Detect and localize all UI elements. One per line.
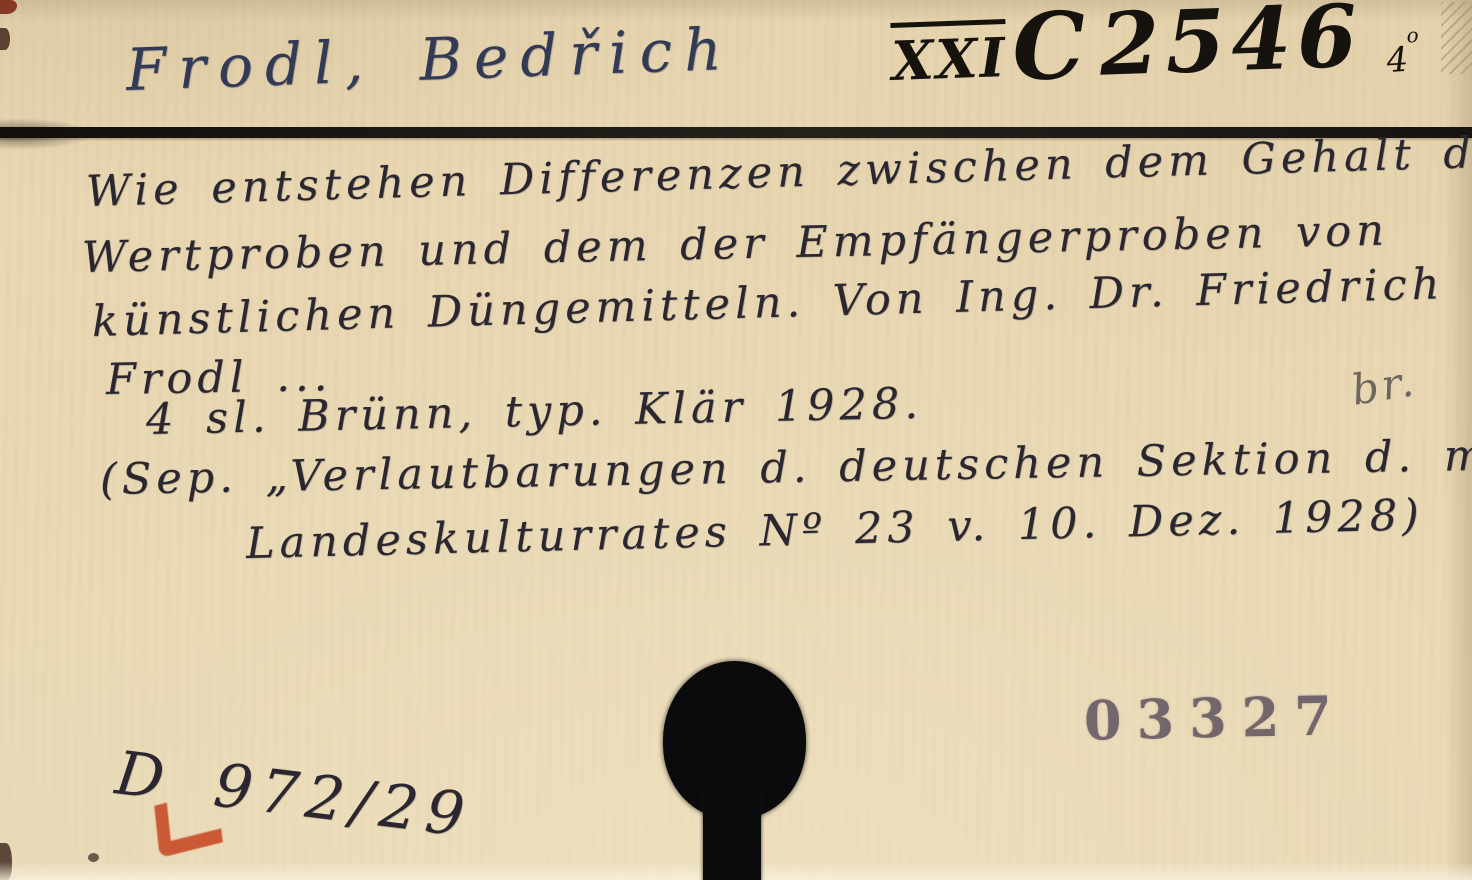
format-digit: 4	[1385, 40, 1409, 81]
call-number: XXI C 2546	[890, 0, 1365, 98]
heading-rule-smudge	[0, 118, 95, 150]
ink-smudge	[0, 0, 17, 14]
catalog-card: Frodl, Bedřich XXI C 2546 4o Wie entsteh…	[0, 0, 1472, 880]
punch-hole-stem	[703, 788, 761, 880]
entry-line: Wie entstehen Differenzen zwischen dem G…	[85, 128, 1472, 218]
entry-line: Landeskulturrates Nº 23 v. 10. Dez. 1928…	[245, 491, 1424, 569]
call-number-class-roman: XXI	[890, 19, 1008, 98]
ink-smudge	[0, 28, 10, 50]
call-number-letter: C	[1011, 0, 1087, 94]
format-superscript: o	[1406, 23, 1420, 48]
format-size-notation: 4o	[1384, 23, 1422, 81]
ink-speck	[88, 853, 99, 862]
pencil-annotation: br.	[1348, 356, 1420, 415]
call-number-digits: 2546	[1098, 0, 1364, 91]
author-heading: Frodl, Bedřich	[125, 15, 735, 104]
inventory-stamp: 03327	[1083, 683, 1347, 752]
